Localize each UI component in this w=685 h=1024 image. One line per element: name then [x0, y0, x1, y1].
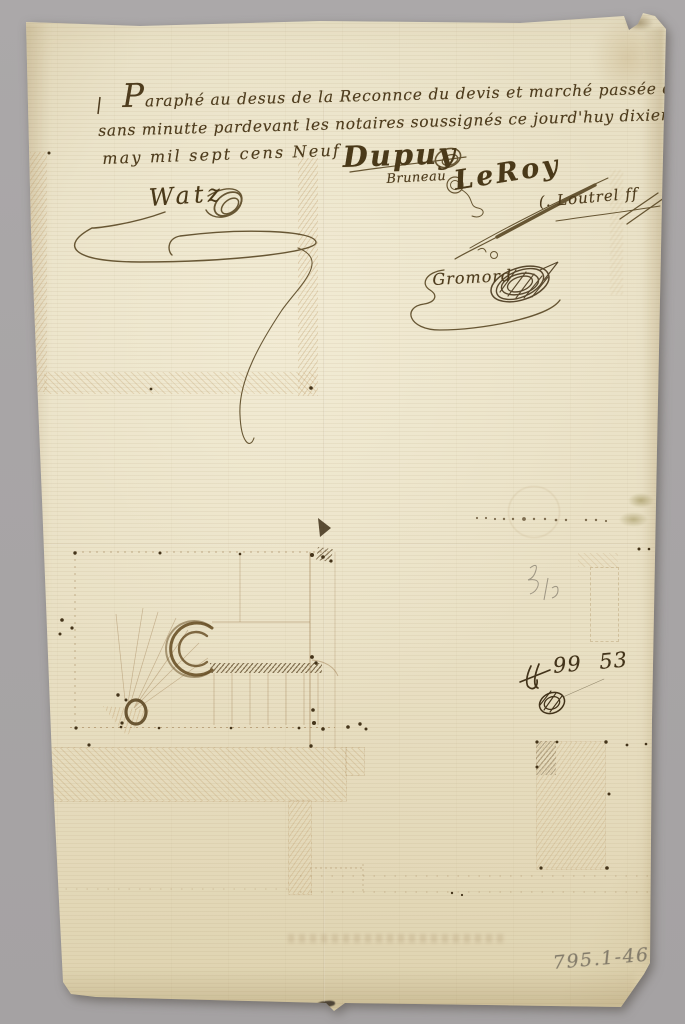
plan-right-wall-dark-patch	[536, 741, 556, 775]
vertical-fold-crease	[323, 90, 325, 1002]
horizontal-crease	[40, 543, 640, 545]
stain-top-tab	[624, 14, 654, 31]
watermark-circle	[508, 486, 560, 538]
faint-plan-wall-left	[30, 152, 47, 392]
plan-lower-wall-step	[345, 747, 365, 776]
paper-shadow-wrap: Paraphé au desus de la Reconnce du devis…	[0, 0, 685, 1024]
faint-plan-outline-right	[590, 567, 619, 642]
stain-olive-blob-2	[619, 512, 648, 527]
photograph-background: Paraphé au desus de la Reconnce du devis…	[0, 0, 685, 1024]
faint-plan-patch-right	[578, 553, 618, 567]
stain-olive-blob-1	[628, 493, 654, 508]
plan-top-right-dark-blob	[316, 547, 333, 562]
manuscript-sheet: Paraphé au desus de la Reconnce du devis…	[0, 0, 685, 1024]
stain-bottom-band	[60, 968, 635, 1008]
plan-lower-wall-band	[48, 747, 347, 802]
stair-stringer-wall	[210, 663, 322, 673]
faint-plan-wall-center	[298, 158, 318, 396]
plan-vertical-wall-band	[288, 800, 312, 895]
signature-bruneau: Bruneau	[386, 169, 447, 187]
faint-plan-wall-bottom	[44, 372, 316, 394]
show-through-writing-smudge	[288, 934, 503, 943]
signature-watz: Watz	[148, 179, 225, 212]
